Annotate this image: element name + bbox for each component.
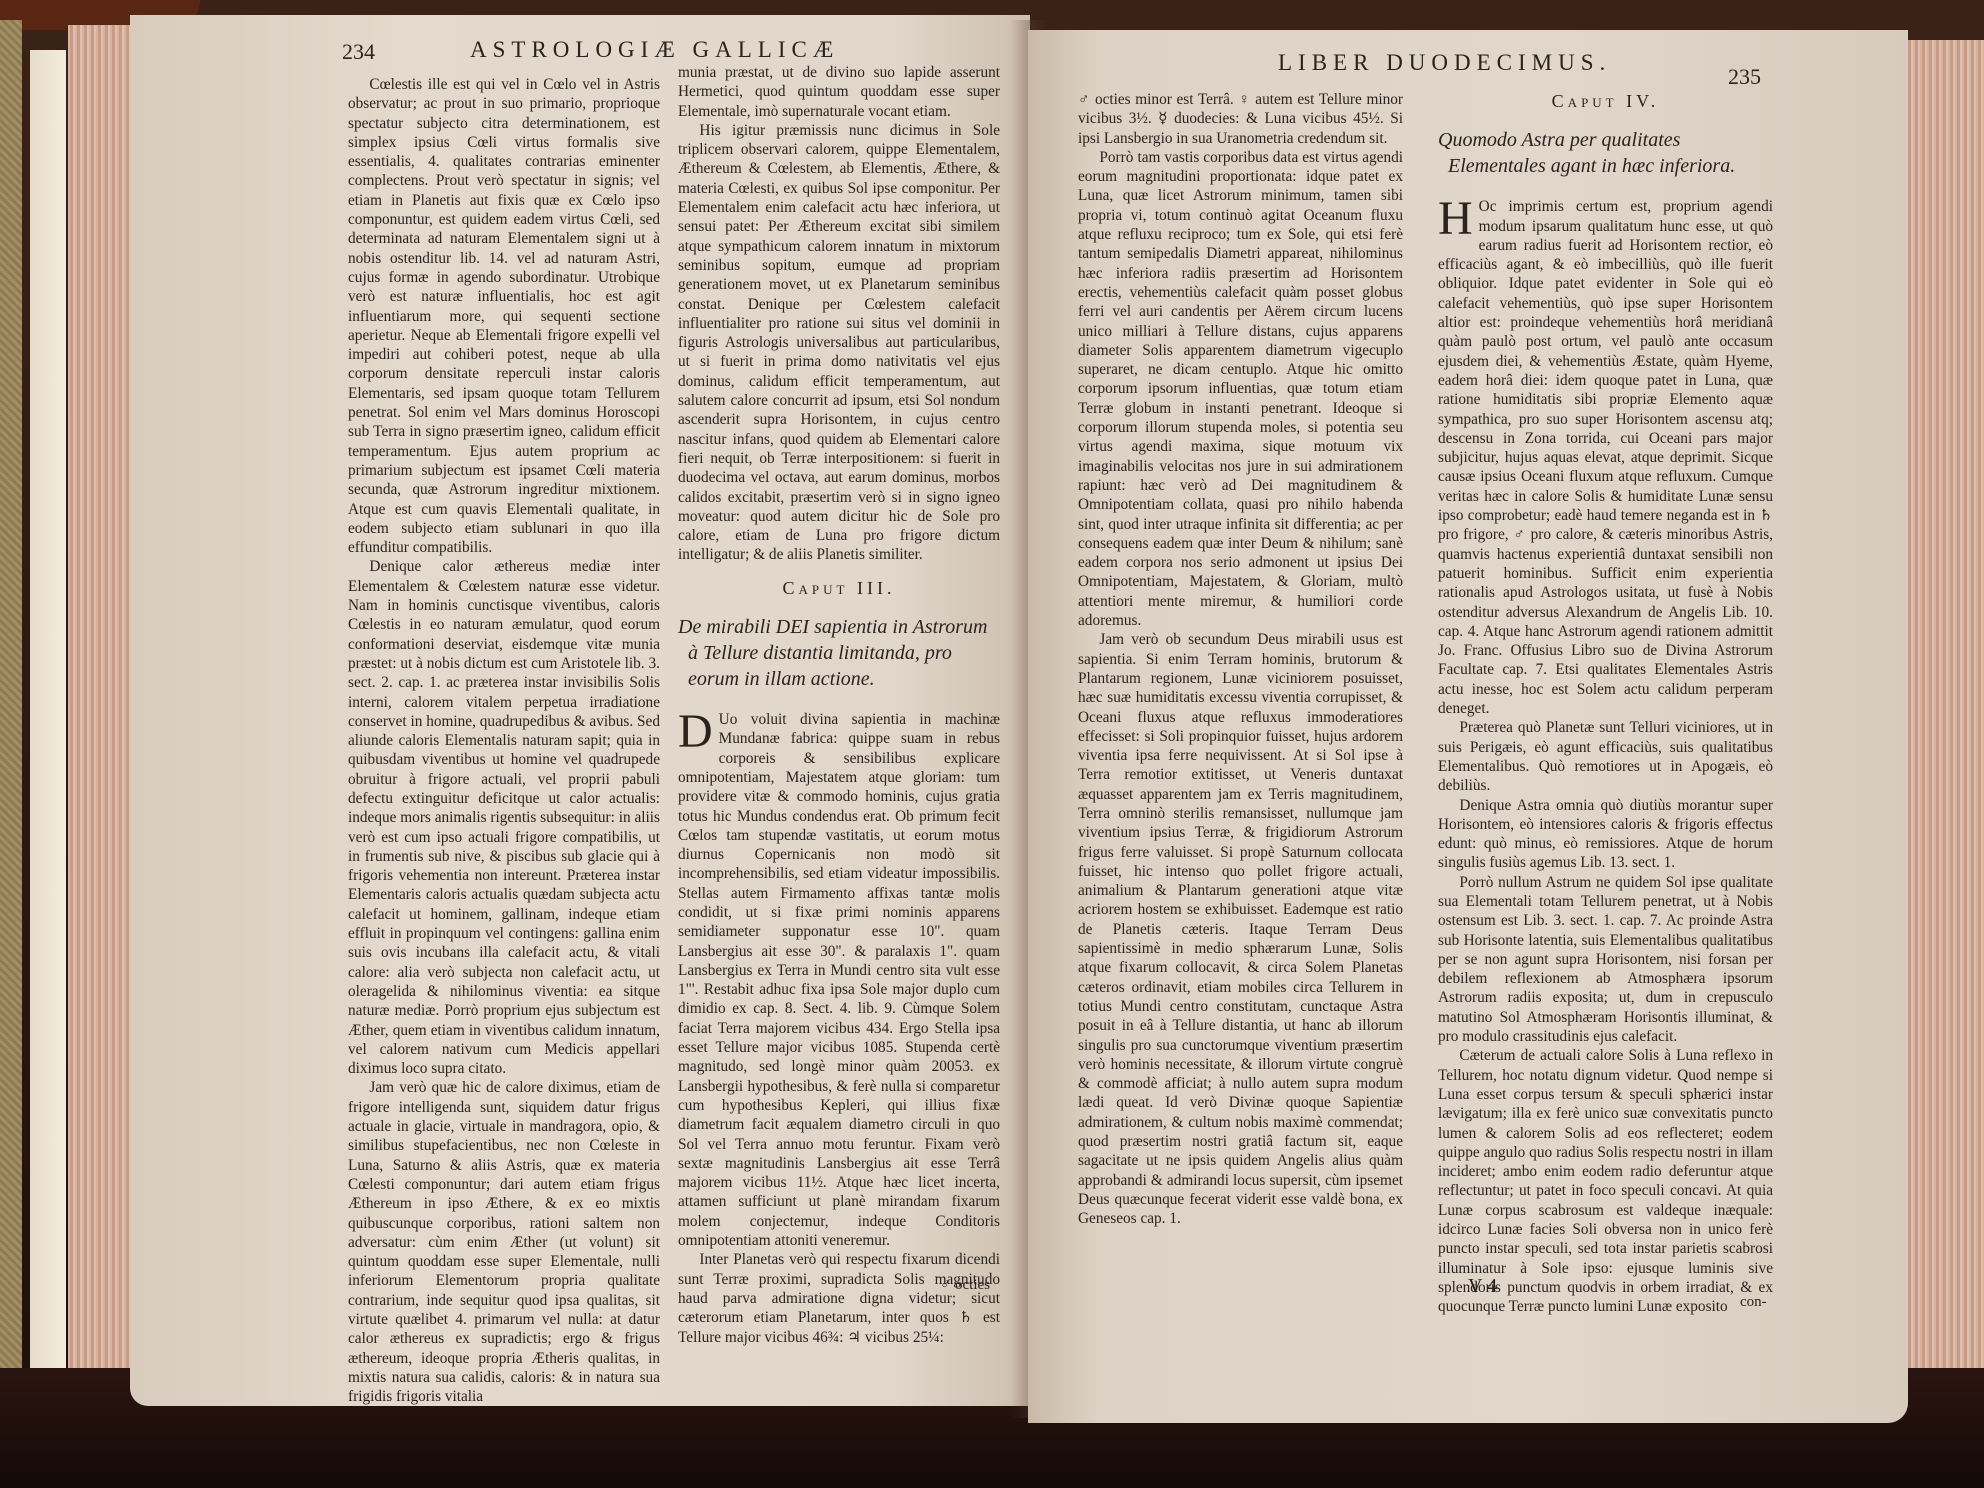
flyleaf xyxy=(30,50,66,1378)
right-page-edges xyxy=(1906,40,1984,1418)
paragraph: Denique Astra omnia quò diutiùs morantur… xyxy=(1438,796,1773,873)
catchword: ♂ octies xyxy=(940,1277,990,1294)
signature-mark: V 4 xyxy=(1468,1275,1497,1298)
paragraph: ♂ octies minor est Terrâ. ♀ autem est Te… xyxy=(1078,90,1403,148)
left-page-edges xyxy=(68,25,130,1398)
chapter-title: Quomodo Astra per qualitates Elementales… xyxy=(1438,127,1773,179)
paragraph: Porrò nullum Astrum ne quidem Sol ipse q… xyxy=(1438,873,1773,1047)
paragraph: Inter Planetas verò qui respectu fixarum… xyxy=(678,1250,1000,1346)
left-page: 234 ASTROLOGIÆ GALLICÆ Cœlestis ille est… xyxy=(130,15,1030,1406)
paragraph: Jam verò quæ hic de calore diximus, etia… xyxy=(348,1078,660,1406)
paragraph: Denique calor æthereus mediæ inter Eleme… xyxy=(348,557,660,1078)
chapter-title: De mirabili DEI sapientia in Astrorum à … xyxy=(678,614,1000,692)
right-page: LIBER DUODECIMUS. 235 ♂ octies minor est… xyxy=(1028,30,1908,1423)
paragraph: Præterea quò Planetæ sunt Telluri vicini… xyxy=(1438,718,1773,795)
text-column-2: Caput IV. Quomodo Astra per qualitates E… xyxy=(1438,80,1773,1317)
chapter-heading: Caput III. xyxy=(678,579,1000,598)
paragraph: Jam verò ob secundum Deus mirabili usus … xyxy=(1078,630,1403,1228)
running-head: ASTROLOGIÆ GALLICÆ xyxy=(470,37,839,63)
paragraph: Porrò tam vastis corporibus data est vir… xyxy=(1078,148,1403,630)
page-number: 234 xyxy=(342,39,375,65)
text-column-2: munia præstat, ut de divino suo lapide a… xyxy=(678,63,1000,1347)
catchword: con- xyxy=(1740,1294,1767,1311)
paragraph: His igitur præmissis nunc dicimus in Sol… xyxy=(678,121,1000,565)
chapter-heading: Caput IV. xyxy=(1438,92,1773,111)
text-column-1: Cœlestis ille est qui vel in Cœlo vel in… xyxy=(348,75,660,1406)
paragraph: munia præstat, ut de divino suo lapide a… xyxy=(678,63,1000,121)
paragraph: DUo voluit divina sapientia in machinæ M… xyxy=(678,710,1000,1250)
cloth-background xyxy=(0,20,22,1420)
paragraph: Cœlestis ille est qui vel in Cœlo vel in… xyxy=(348,75,660,557)
text-column-1: ♂ octies minor est Terrâ. ♀ autem est Te… xyxy=(1078,90,1403,1229)
drop-cap: H xyxy=(1438,199,1473,239)
paragraph: HOc imprimis certum est, proprium agendi… xyxy=(1438,197,1773,718)
running-head: LIBER DUODECIMUS. xyxy=(1278,50,1611,76)
drop-cap: D xyxy=(678,712,713,752)
